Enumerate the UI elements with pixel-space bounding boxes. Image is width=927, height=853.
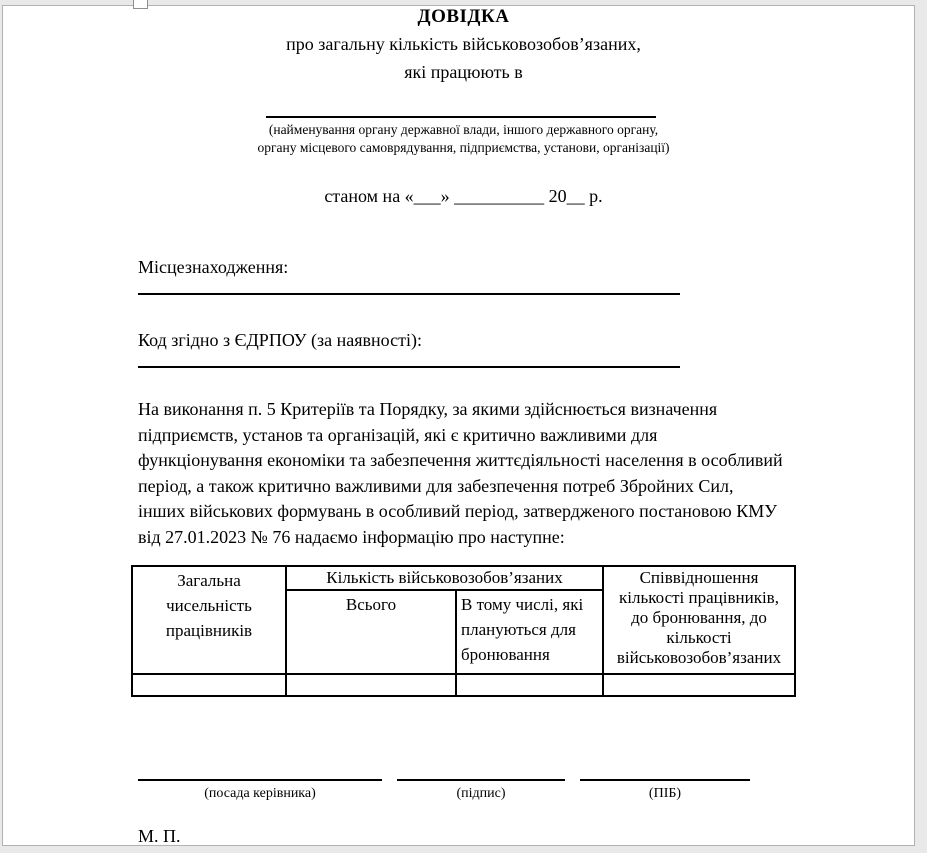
stamp-place-label: М. П. <box>138 826 181 847</box>
signature-caption-sign: (підпис) <box>397 786 565 802</box>
object-anchor-handle[interactable] <box>133 0 148 9</box>
signature-line-position[interactable] <box>138 779 382 781</box>
signature-line-name[interactable] <box>580 779 750 781</box>
document-view: ДОВІДКА про загальну кількість військово… <box>0 0 927 853</box>
table-data-cell-planned[interactable] <box>456 674 603 696</box>
signature-caption-position: (посада керівника) <box>138 786 382 802</box>
organization-name-blank-line[interactable] <box>266 116 656 118</box>
header-planned-reservation: В тому числі, які плануються для бронюва… <box>456 590 603 674</box>
document-subtitle-line2: які працюють в <box>0 62 927 83</box>
header-military-liable-group: Кількість військовозобов’язаних <box>286 566 603 590</box>
header-total-workers: Загальна чисельність працівників <box>132 566 286 674</box>
table-data-cell-total-workers[interactable] <box>132 674 286 696</box>
organization-caption: (найменування органу державної влади, ін… <box>0 121 927 157</box>
document-subtitle-line1: про загальну кількість військовозобов’яз… <box>0 34 927 55</box>
header-ratio: Співвідношення кількості працівників, до… <box>603 566 795 674</box>
edrpou-blank-line[interactable] <box>138 366 680 368</box>
body-paragraph: На виконання п. 5 Критеріїв та Порядку, … <box>138 397 828 550</box>
location-label: Місцезнаходження: <box>138 257 288 278</box>
header-total: Всього <box>286 590 456 674</box>
as-of-date-line[interactable]: станом на «___» __________ 20__ р. <box>0 186 927 207</box>
signature-caption-name: (ПІБ) <box>580 786 750 802</box>
table-data-cell-ratio[interactable] <box>603 674 795 696</box>
table-data-cell-total-military[interactable] <box>286 674 456 696</box>
workers-table: Загальна чисельність працівників Кількіс… <box>131 565 796 697</box>
signature-line-sign[interactable] <box>397 779 565 781</box>
location-blank-line[interactable] <box>138 293 680 295</box>
document-title: ДОВІДКА <box>0 6 927 28</box>
edrpou-label: Код згідно з ЄДРПОУ (за наявності): <box>138 330 422 351</box>
